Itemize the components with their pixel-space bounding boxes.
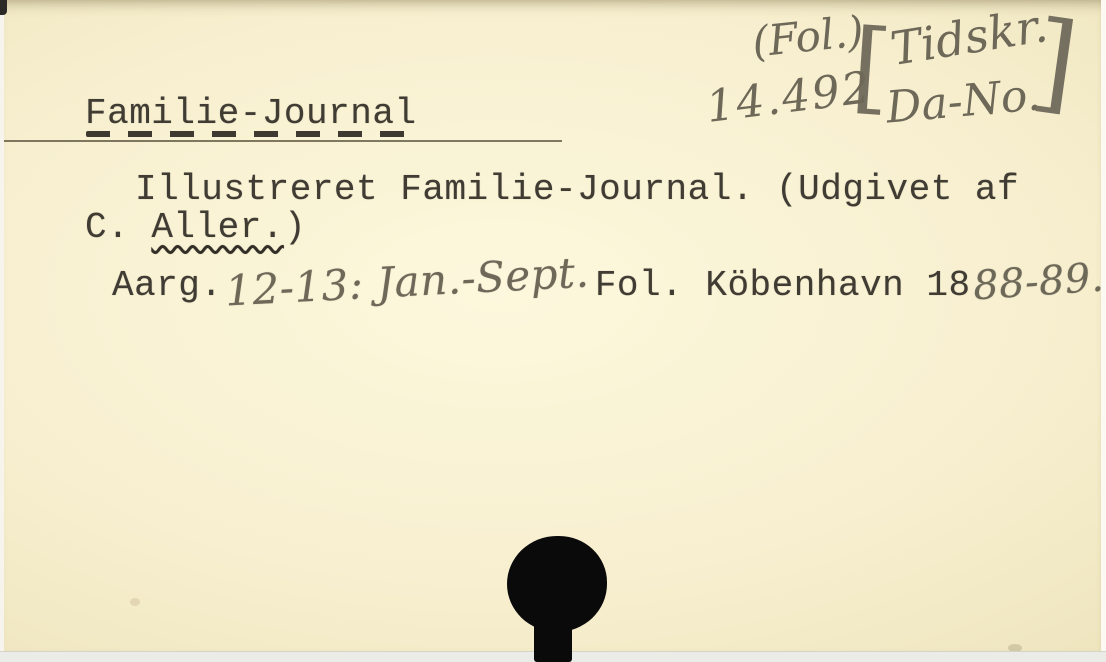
year-handwritten: 88-89. [971, 259, 1104, 304]
card-title: Familie-Journal [85, 94, 417, 134]
card-stain [130, 598, 140, 606]
publisher-close-paren: ) [284, 207, 306, 248]
scan-right-edge [1101, 0, 1106, 652]
volume-label: Aarg. [112, 265, 223, 306]
body-line-2: C. Aller.) [85, 208, 306, 248]
keyhole-punch-stem-icon [534, 608, 572, 662]
title-rule-line [0, 140, 562, 142]
volume-note-handwritten: 12-13: Jan.-Sept. [224, 254, 590, 309]
body-line-1: Illustreret Familie-Journal. (Udgivet af [135, 170, 1019, 210]
imprint-typed: Fol. Köbenhavn 18 [595, 265, 971, 306]
publisher-prefix: C. [85, 207, 151, 248]
genre-note-handwritten: Tidskr. [887, 0, 1051, 76]
scan-left-edge [0, 0, 4, 652]
body-line-3: Aarg.12-13: Jan.-Sept.Fol. Köbenhavn 188… [112, 263, 1104, 306]
publisher-name-underlined: Aller. [151, 207, 284, 248]
language-note-handwritten: Da-No. [884, 69, 1042, 133]
title-dashed-underline [86, 131, 418, 137]
scan-corner-mark [0, 0, 7, 15]
format-note-handwritten: (Fol.) [750, 6, 866, 66]
